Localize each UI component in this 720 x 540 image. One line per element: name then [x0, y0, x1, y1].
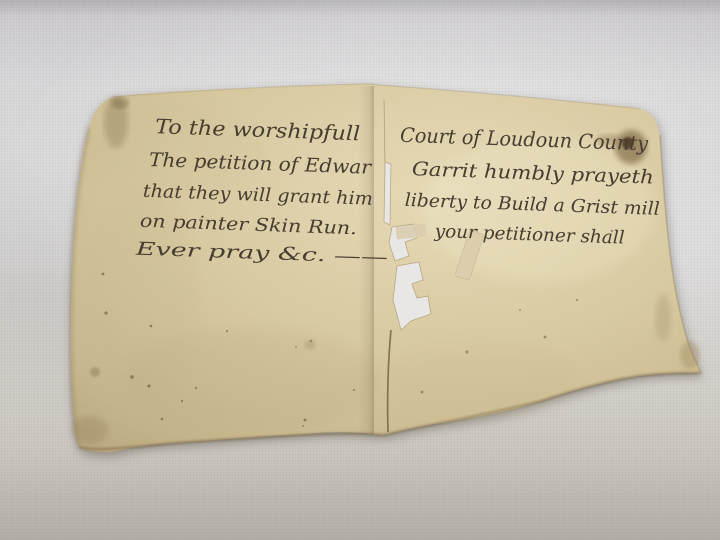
photo-scene: To the worshipfull Court of Loudoun Coun… [0, 0, 720, 540]
petition-photo: To the worshipfull Court of Loudoun Coun… [0, 0, 720, 540]
paper-tear-slit [384, 162, 391, 225]
